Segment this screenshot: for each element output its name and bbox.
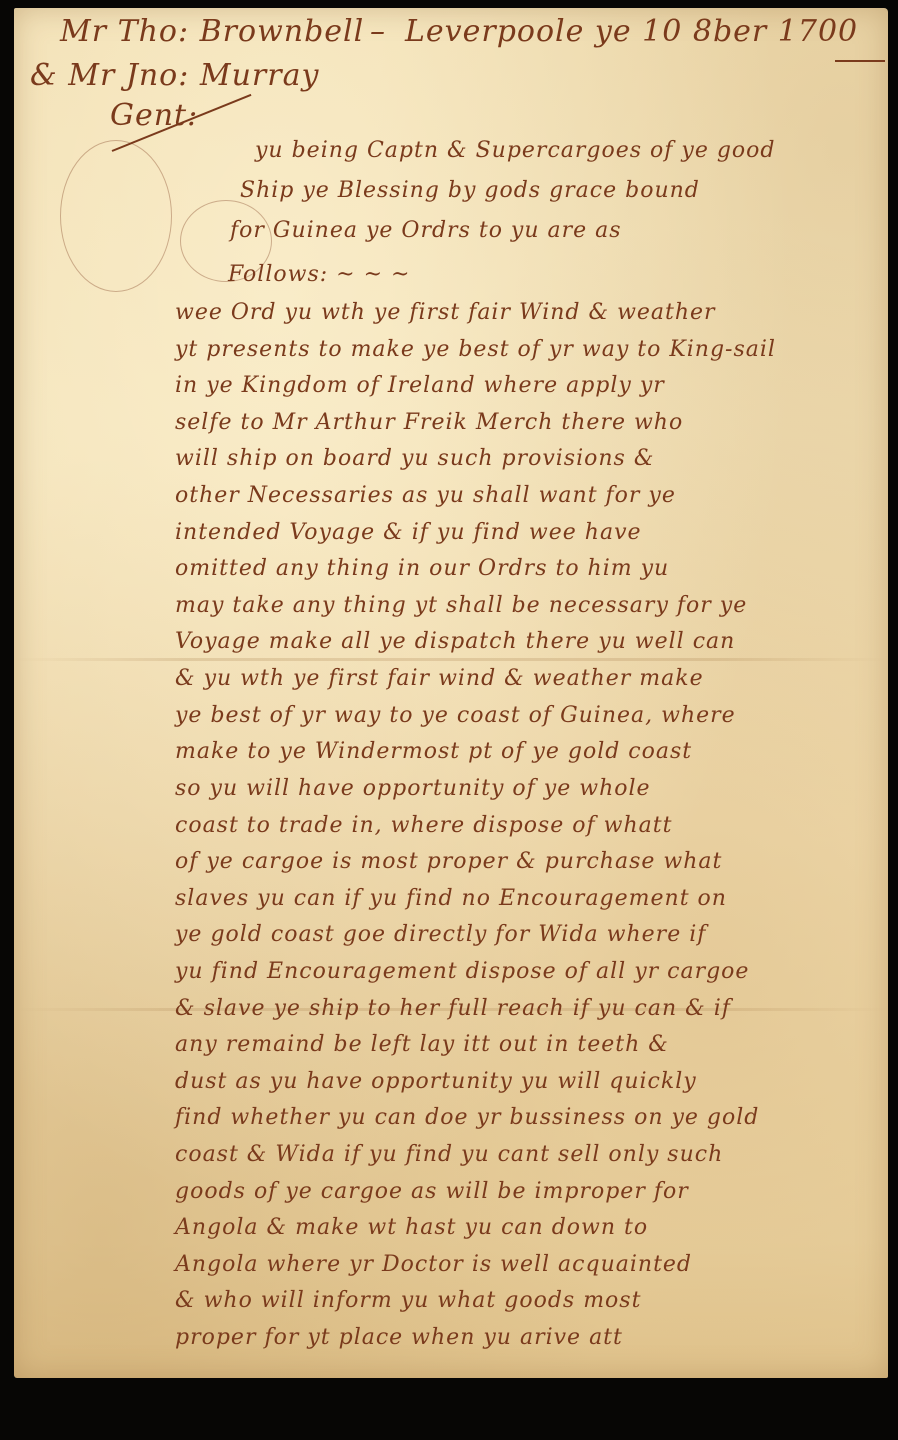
letter-line: Follows: ~ ~ ~ <box>228 262 410 287</box>
letter-line: coast to trade in, where dispose of what… <box>175 813 672 838</box>
letter-line: find whether yu can doe yr bussiness on … <box>175 1105 759 1130</box>
letter-line: yu being Captn & Supercargoes of ye good <box>255 138 776 163</box>
letter-line: ye gold coast goe directly for Wida wher… <box>175 922 706 947</box>
letter-line: Angola where yr Doctor is well acquainte… <box>175 1252 692 1277</box>
letter-line: for Guinea ye Ordrs to yu are as <box>230 218 622 243</box>
letter-line: of ye cargoe is most proper & purchase w… <box>175 849 722 874</box>
letter-line: ye best of yr way to ye coast of Guinea,… <box>175 703 736 728</box>
letter-line: yu find Encouragement dispose of all yr … <box>175 959 749 984</box>
letter-line: in ye Kingdom of Ireland where apply yr <box>175 373 665 398</box>
letter-line: any remaind be left lay itt out in teeth… <box>175 1032 669 1057</box>
letter-line: make to ye Windermost pt of ye gold coas… <box>175 739 692 764</box>
letter-line: omitted any thing in our Ordrs to him yu <box>175 556 669 581</box>
heading-addressee-1: Mr Tho: Brownbell <box>60 14 364 49</box>
paper-fold <box>14 658 888 661</box>
letter-line: & yu wth ye first fair wind & weather ma… <box>175 666 704 691</box>
letter-line: coast & Wida if yu find yu cant sell onl… <box>175 1142 723 1167</box>
letter-line: proper for yt place when yu arive att <box>175 1325 623 1350</box>
letter-line: dust as yu have opportunity yu will quic… <box>175 1069 697 1094</box>
letter-line: will ship on board yu such provisions & <box>175 446 654 471</box>
flourish-ornament <box>60 140 172 292</box>
letter-line: yt presents to make ye best of yr way to… <box>175 337 776 362</box>
letter-line: may take any thing yt shall be necessary… <box>175 593 747 618</box>
letter-line: Angola & make wt hast yu can down to <box>175 1215 648 1240</box>
letter-line: so yu will have opportunity of ye whole <box>175 776 651 801</box>
letter-line: slaves yu can if yu find no Encouragemen… <box>175 886 727 911</box>
letter-line: wee Ord yu wth ye first fair Wind & weat… <box>175 300 716 325</box>
heading-salutation: Gent: <box>110 98 198 133</box>
letter-line: goods of ye cargoe as will be improper f… <box>175 1179 689 1204</box>
letter-line: Voyage make all ye dispatch there yu wel… <box>175 629 735 654</box>
letter-line: intended Voyage & if yu find wee have <box>175 520 642 545</box>
letter-line: selfe to Mr Arthur Freik Merch there who <box>175 410 683 435</box>
letter-line: & who will inform yu what goods most <box>175 1288 641 1313</box>
heading-place-date: Leverpoole ye 10 8ber 1700 <box>405 14 858 49</box>
letter-line: Ship ye Blessing by gods grace bound <box>240 178 700 203</box>
heading-addressee-2: & Mr Jno: Murray <box>30 58 319 93</box>
letter-line: other Necessaries as yu shall want for y… <box>175 483 676 508</box>
letter-line: & slave ye ship to her full reach if yu … <box>175 996 731 1021</box>
heading-dash: – <box>370 14 386 49</box>
date-underline <box>835 60 885 62</box>
